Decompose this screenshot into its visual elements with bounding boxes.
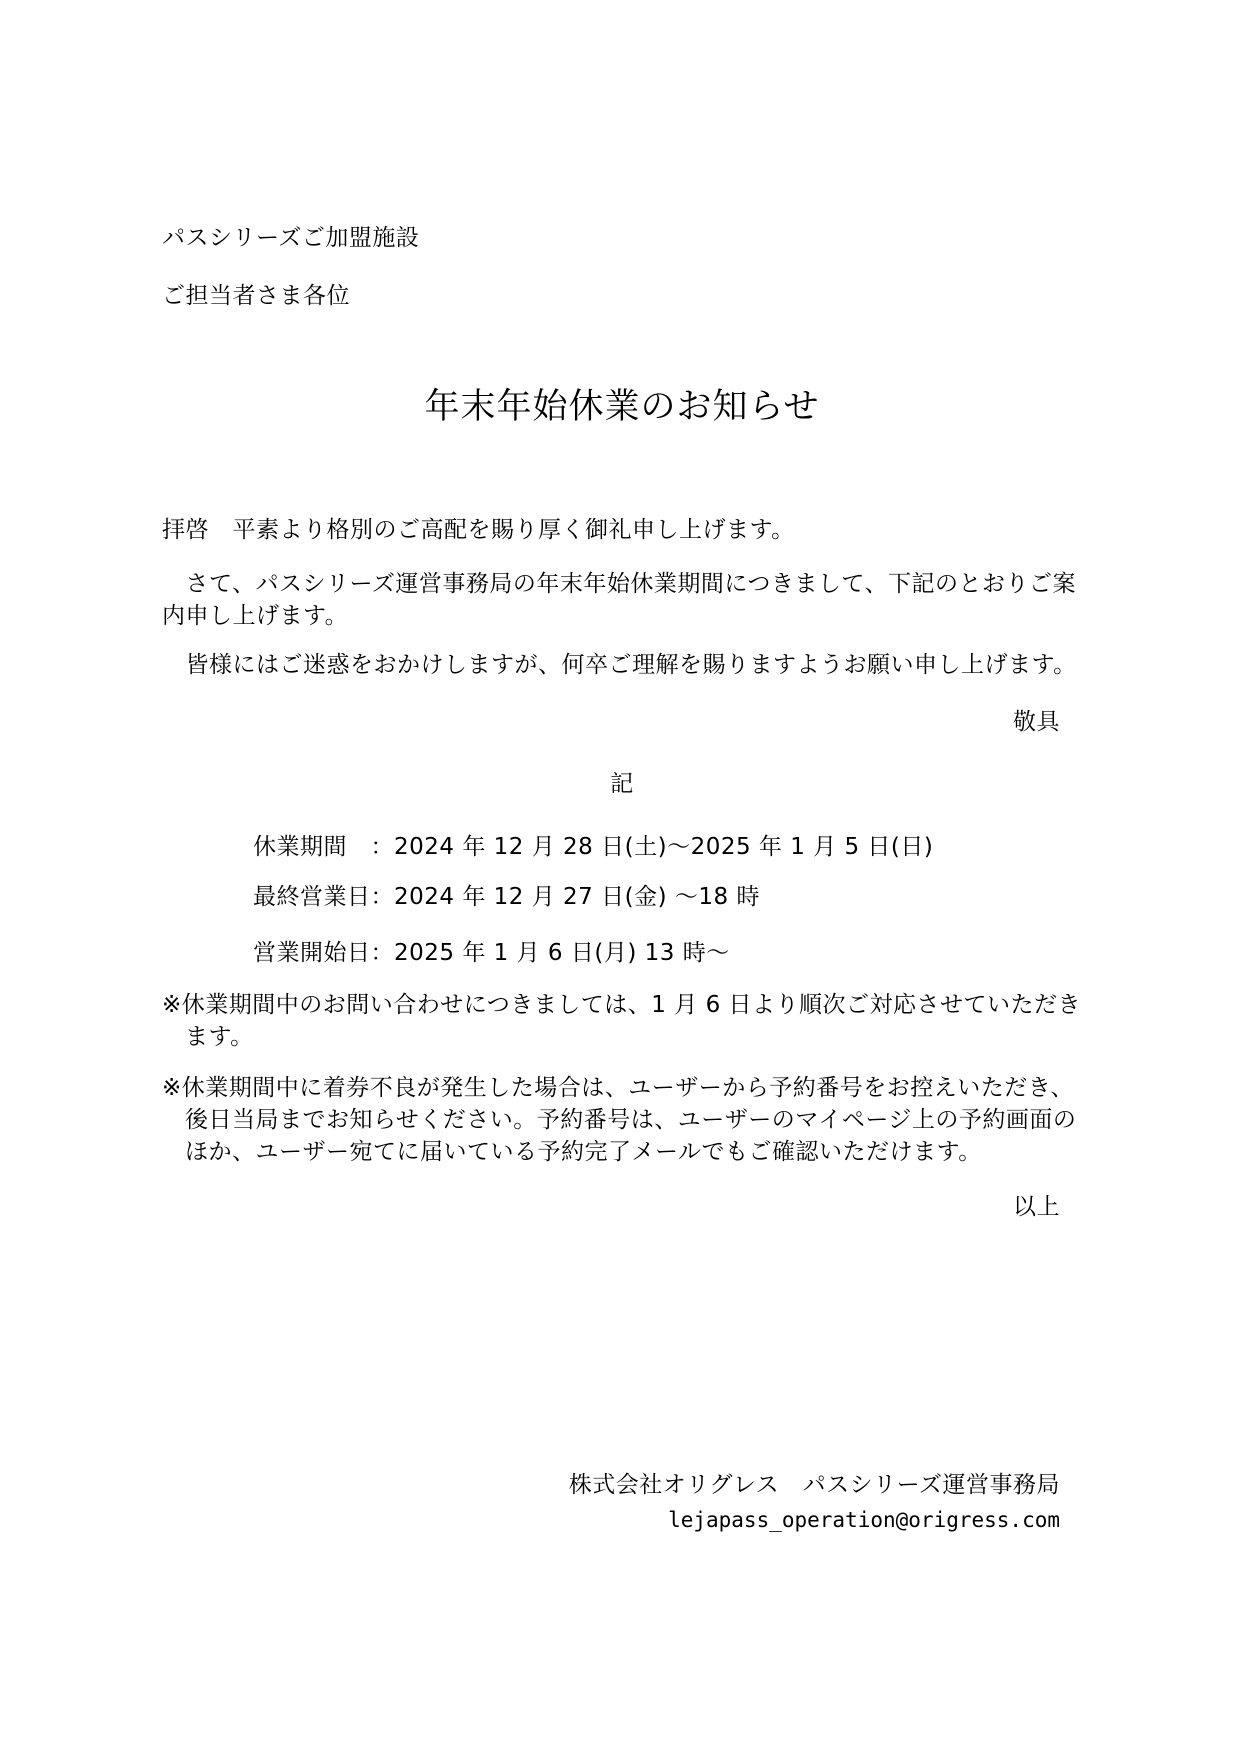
note-ticket-trouble: ※休業期間中に着券不良が発生した場合は、ユーザーから予約番号をお控えいただき、後… [162, 1072, 1082, 1168]
signature-contact-email: lejapass_operation@origress.com [162, 1504, 1082, 1536]
recipient-facility-line: パスシリーズご加盟施設 [162, 222, 419, 254]
body-paragraph-announcement: さて、パスシリーズ運営事務局の年末年始休業期間につきまして、下記のとおりご案内申… [162, 568, 1082, 632]
recipient-addressee-line: ご担当者さま各位 [162, 280, 350, 312]
schedule-closure-period: 休業期間 ：2024 年 12 月 28 日(土)～2025 年 1 月 5 日… [253, 831, 933, 863]
body-paragraph-apology: 皆様にはご迷惑をおかけしますが、何卒ご理解を賜りますようお願い申し上げます。 [162, 649, 1082, 681]
note-inquiries: ※休業期間中のお問い合わせにつきましては、1 月 6 日より順次ご対応させていた… [162, 989, 1082, 1053]
letter-page: パスシリーズご加盟施設 ご担当者さま各位 年末年始休業のお知らせ 拝啓 平素より… [0, 0, 1241, 1755]
greeting-paragraph: 拝啓 平素より格別のご高配を賜り厚く御礼申し上げます。 [162, 514, 1082, 546]
page-title: 年末年始休業のお知らせ [162, 384, 1082, 430]
closing-keigu: 敬具 [162, 706, 1082, 738]
ki-marker: 記 [162, 768, 1082, 800]
signature-company-name: 株式会社オリグレス パスシリーズ運営事務局 [162, 1469, 1082, 1501]
schedule-last-business-day: 最終営業日：2024 年 12 月 27 日(金) ～18 時 [253, 881, 760, 913]
closing-ijo: 以上 [162, 1191, 1082, 1223]
schedule-reopening-day: 営業開始日：2025 年 1 月 6 日(月) 13 時～ [253, 937, 730, 969]
